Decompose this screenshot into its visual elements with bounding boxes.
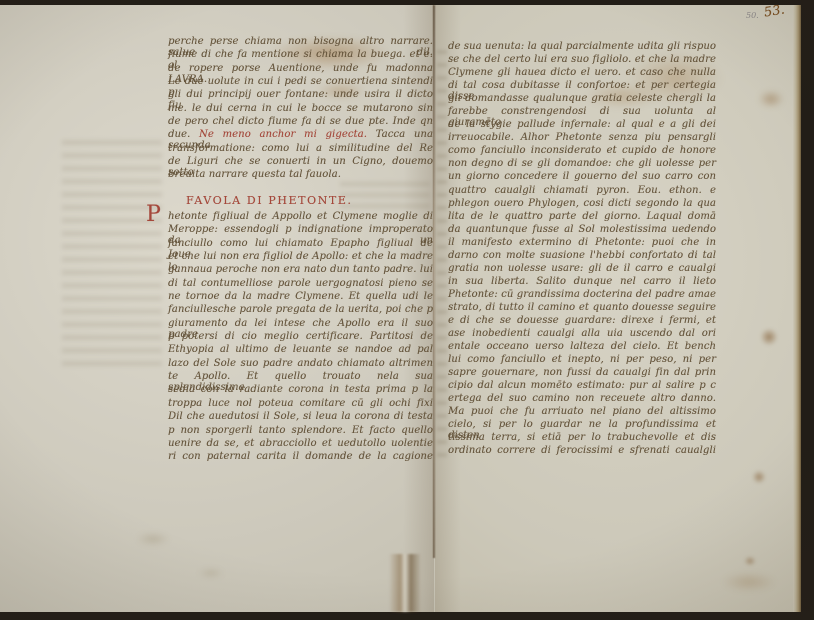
page-edge-stripes	[793, 5, 801, 612]
ink-text: me. le dui cerna in cui le bocce se muta…	[168, 103, 433, 114]
manuscript-text-line: gratia non uolesse usare: gli de il carr…	[448, 263, 716, 276]
manuscript-text-line: Meroppe: essendogli p indignatione impro…	[168, 224, 433, 237]
manuscript-text-line: Ma puoi che fu arriuato nel piano del al…	[448, 406, 716, 419]
manuscript-text-line: phlegon ouero Phylogen, cosi dicti segon…	[448, 198, 716, 211]
left-page-paragraph-2: hetonte figliual de Appollo et Clymene m…	[168, 211, 433, 465]
ink-text: gratia non uolesse usare: gli de il carr…	[448, 263, 716, 274]
ink-text: de pero chel dicto fiume fa di se due pt…	[168, 116, 433, 127]
ink-text: troppa luce nol poteua comitare cū gli o…	[168, 398, 433, 409]
manuscript-text-line: gannaua peroche non era nato dun tanto p…	[168, 264, 433, 277]
manuscript-text-line: como fanciullo inconsiderato et cupido d…	[448, 145, 716, 158]
ink-text: sapre gouernare, non fussi da caualgi fi…	[448, 367, 716, 378]
manuscript-photo: perche perse chiama non bisogna altro na…	[0, 0, 814, 620]
manuscript-text-line: se che del certo lui era suo figliolo. e…	[448, 54, 716, 67]
manuscript-text-line: de Liguri che se conuerti in un Cigno, d…	[168, 156, 433, 169]
ink-text: tissima terra, si etiā per lo trabuchevo…	[448, 432, 716, 443]
left-page-paragraph-1: perche perse chiama non bisogna altro na…	[168, 36, 433, 183]
ink-text: Ma puoi che fu arriuato nel piano del al…	[448, 406, 716, 417]
ink-text: cipio dal alcun momēto estimato: pur al …	[448, 380, 716, 391]
ink-text: p non sporgerli tanto splendore. Et fact…	[168, 425, 433, 436]
manuscript-text-line: di tal contumelliose parole uergognatosi…	[168, 278, 433, 291]
ink-text: de la stygie pallude infernale: al qual …	[448, 119, 716, 130]
binding-gutter-line	[433, 5, 435, 558]
manuscript-text-line: p potersi di cio meglio certificare. Par…	[168, 331, 433, 344]
ink-text: Dil che auedutosi il Sole, si leua la co…	[168, 411, 433, 422]
manuscript-text-line: perche perse chiama non bisogna altro na…	[168, 36, 433, 49]
ink-text: ase inobedienti caualgi alla uia uscendo…	[448, 328, 716, 339]
manuscript-text-line: ase inobedienti caualgi alla uia uscendo…	[448, 328, 716, 341]
manuscript-text-line: tissima terra, si etiā per lo trabuchevo…	[448, 432, 716, 445]
chapter-rubric: FAVOLA DI PHETONTE.	[186, 194, 436, 207]
manuscript-text-line: de pero chel dicto fiume fa di se due pt…	[168, 116, 433, 129]
ink-text: e di che se douesse guardare: direxe i f…	[448, 315, 716, 326]
ink-text: ri con paternal carita il domande de la …	[168, 451, 433, 462]
manuscript-text-line: de sua uenuta: la qual parcialmente udit…	[448, 41, 716, 54]
manuscript-text-line: darno con molte suasione l'hebbi confort…	[448, 250, 716, 263]
manuscript-text-line: da quantunque fusse al Sol molestissima …	[448, 224, 716, 237]
ink-text: ne tornoe da la madre Clymene. Et quella…	[168, 291, 433, 302]
manuscript-text-line: di tal cosa dubitasse il confortoe: et p…	[448, 80, 716, 93]
manuscript-text-line: Ethyopia al ultimo de leuante se nandoe …	[168, 344, 433, 357]
manuscript-text-line: entale occeano uerso lalteza del cielo. …	[448, 341, 716, 354]
manuscript-text-line: un giorno concedere il gouerno del suo c…	[448, 171, 716, 184]
manuscript-text-line: farebbe constrengendosi di sua uolunta a…	[448, 106, 716, 119]
ink-text: entale occeano uerso lalteza del cielo. …	[448, 341, 716, 352]
ink-text: fanciullesche parole pregata de la uerit…	[168, 304, 433, 315]
ink-text: lazo del Sole suo padre andato chiamato …	[168, 358, 433, 369]
ink-text: como fanciullo inconsiderato et cupido d…	[448, 145, 716, 156]
manuscript-text-line: de ropere porse Auentione, unde fu madon…	[168, 63, 433, 76]
ink-text: p potersi di cio meglio certificare. Par…	[168, 331, 433, 342]
manuscript-text-line: et che lui non era figliol de Apollo: et…	[168, 251, 433, 264]
manuscript-text-line: Clymene gli hauea dicto el uero. et caso…	[448, 67, 716, 80]
ink-text: lui como fanciullo et inepto, ni per pes…	[448, 354, 716, 365]
manuscript-text-line: Le due uolute in cui i pedi se conuertie…	[168, 76, 433, 89]
manuscript-text-line: ertega del suo camino non receuete altro…	[448, 393, 716, 406]
folio-number: 53.	[763, 2, 786, 20]
manuscript-text-line: fanciullo como lui chiamato Epapho figli…	[168, 238, 433, 251]
manuscript-text-line: p non sporgerli tanto splendore. Et fact…	[168, 425, 433, 438]
manuscript-text-line: cielo, si per lo guardar ne la profundis…	[448, 419, 716, 432]
ink-text: hetonte figliual de Appollo et Clymene m…	[168, 211, 433, 222]
manuscript-text-line: hetonte figliual de Appollo et Clymene m…	[168, 211, 433, 224]
manuscript-text-line: sedia con la radiante corona in testa pr…	[168, 384, 433, 397]
manuscript-text-line: irreuocabile. Alhor Phetonte senza piu p…	[448, 132, 716, 145]
manuscript-text-line: ri con paternal carita il domande de la …	[168, 451, 433, 464]
manuscript-text-line: fanciullesche parole pregata de la uerit…	[168, 304, 433, 317]
manuscript-text-line: giuramento da lei intese che Apollo era …	[168, 318, 433, 331]
manuscript-text-line: strato, di tutto il camino et quanto dou…	[448, 302, 716, 315]
manuscript-text-line: cipio dal alcun momēto estimato: pur al …	[448, 380, 716, 393]
ink-text: sedia con la radiante corona in testa pr…	[168, 384, 433, 395]
manuscript-text-line: fiume di che fa mentione si chiama la bu…	[168, 49, 433, 62]
manuscript-text-line: gli domandasse qualunque gratia celeste …	[448, 93, 716, 106]
manuscript-text-line: lazo del Sole suo padre andato chiamato …	[168, 358, 433, 371]
bottom-fold-shadow	[389, 554, 421, 612]
right-page-text: de sua uenuta: la qual parcialmente udit…	[448, 41, 716, 459]
manuscript-text-line: sapre gouernare, non fussi da caualgi fi…	[448, 367, 716, 380]
manuscript-text-line: me. le dui cerna in cui le bocce se muta…	[168, 103, 433, 116]
ink-text: Phetonte: cū grandissima docterina del p…	[448, 289, 716, 300]
manuscript-text-line: transformatione: como lui a similitudine…	[168, 143, 433, 156]
manuscript-text-line: te Apollo. Et quello trouato nela sua sp…	[168, 371, 433, 384]
ink-text: da quantunque fusse al Sol molestissima …	[448, 224, 716, 235]
manuscript-text-line: quattro caualgli chiamati pyron. Eou. et…	[448, 185, 716, 198]
ink-text: ordinato correre di ferocissimi e sfrena…	[448, 445, 716, 456]
manuscript-text-line: due. Ne meno anchor mi gigecta. Tacca un…	[168, 129, 433, 142]
old-folio-number: 50.	[746, 11, 759, 20]
ink-text: di tal contumelliose parole uergognatosi…	[168, 278, 433, 289]
manuscript-text-line: ordinato correre di ferocissimi e sfrena…	[448, 445, 716, 458]
manuscript-text-line: uenire da se, et abracciollo et uedutoll…	[168, 438, 433, 451]
manuscript-text-line: lita de le quattro parte del giorno. Laq…	[448, 211, 716, 224]
ink-text: il manifesto extermino di Phetonte: puoi…	[448, 237, 716, 248]
ink-text: transformatione: como lui a similitudine…	[168, 143, 433, 154]
rubricated-initial: P	[146, 202, 166, 228]
ink-text: in sua liberta. Salito dunque nel carro …	[448, 276, 716, 287]
ink-text: quattro caualgli chiamati pyron. Eou. et…	[448, 185, 716, 196]
manuscript-text-line: breuita narrare questa tal fauola.	[168, 169, 433, 182]
ink-text: due.	[168, 129, 199, 140]
manuscript-text-line: gli dui principij ouer fontane: unde usi…	[168, 89, 433, 102]
manuscript-text-line: e di che se douesse guardare: direxe i f…	[448, 315, 716, 328]
manuscript-text-line: troppa luce nol poteua comitare cū gli o…	[168, 398, 433, 411]
ink-text: Ethyopia al ultimo de leuante se nandoe …	[168, 344, 433, 355]
ink-text: darno con molte suasione l'hebbi confort…	[448, 250, 716, 261]
ink-text: se che del certo lui era suo figliolo. e…	[448, 54, 716, 65]
ink-text: irreuocabile. Alhor Phetonte senza piu p…	[448, 132, 716, 143]
manuscript-text-line: non degno di se gli domandoe: che gli uo…	[448, 158, 716, 171]
manuscript-text-line: de la stygie pallude infernale: al qual …	[448, 119, 716, 132]
ink-text: gli domandasse qualunque gratia celeste …	[448, 93, 716, 104]
ink-text: ertega del suo camino non receuete altro…	[448, 393, 716, 404]
ink-text: un giorno concedere il gouerno del suo c…	[448, 171, 716, 182]
ink-text: phlegon ouero Phylogen, cosi dicti segon…	[448, 198, 716, 209]
manuscript-text-line: il manifesto extermino di Phetonte: puoi…	[448, 237, 716, 250]
ink-text: Clymene gli hauea dicto el uero. et caso…	[448, 67, 716, 78]
manuscript-text-line: lui como fanciullo et inepto, ni per pes…	[448, 354, 716, 367]
ink-text: uenire da se, et abracciollo et uedutoll…	[168, 438, 433, 449]
ink-text: non degno di se gli domandoe: che gli uo…	[448, 158, 716, 169]
ink-text: lita de le quattro parte del giorno. Laq…	[448, 211, 716, 222]
ink-text: gannaua peroche non era nato dun tanto p…	[168, 264, 433, 275]
ink-text: strato, di tutto il camino et quanto dou…	[448, 302, 716, 313]
rubricated-phrase: Ne meno anchor mi gigecta.	[199, 129, 367, 140]
manuscript-text-line: Dil che auedutosi il Sole, si leua la co…	[168, 411, 433, 424]
manuscript-text-line: ne tornoe da la madre Clymene. Et quella…	[168, 291, 433, 304]
ink-text: de sua uenuta: la qual parcialmente udit…	[448, 41, 716, 52]
manuscript-text-line: in sua liberta. Salito dunque nel carro …	[448, 276, 716, 289]
ink-text: breuita narrare questa tal fauola.	[168, 169, 341, 180]
manuscript-text-line: Phetonte: cū grandissima docterina del p…	[448, 289, 716, 302]
